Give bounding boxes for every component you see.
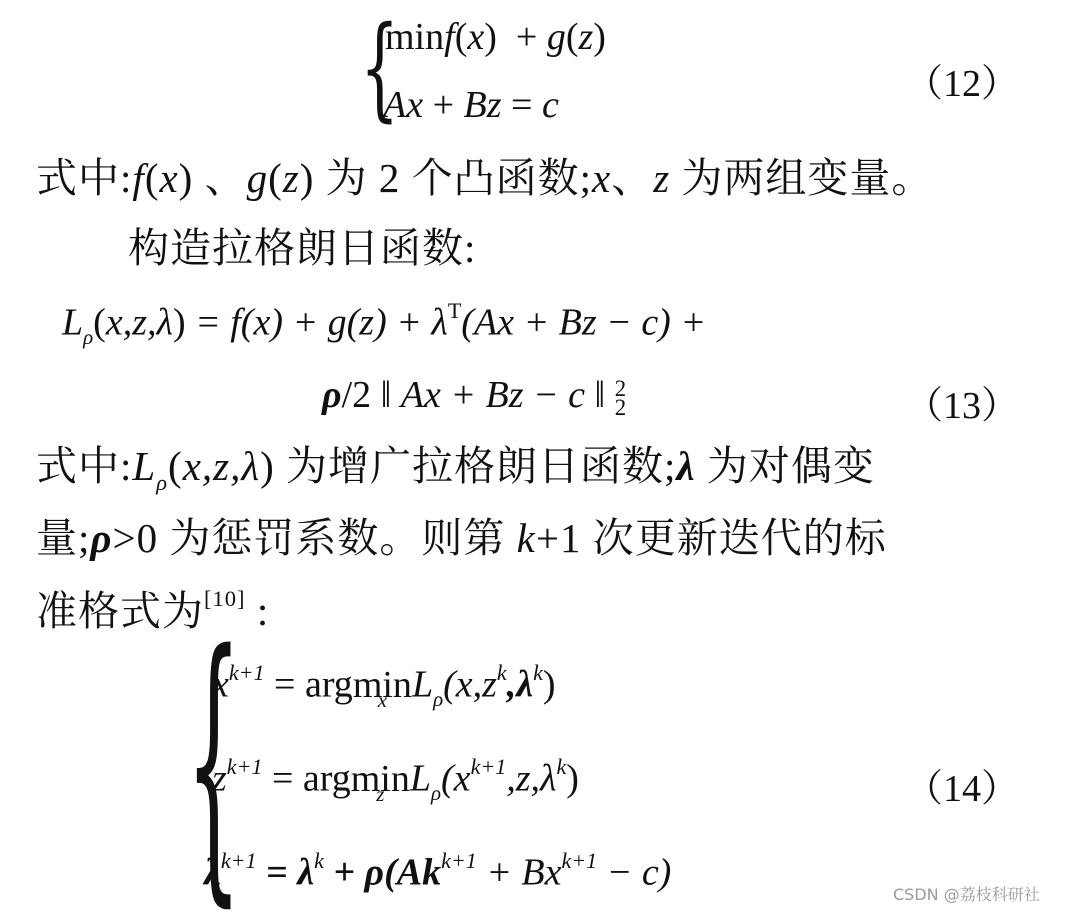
eq13-line1: Lρ(x,z,λ) = f(x) + g(z) + λT(Ax + Bz − c… <box>62 300 706 348</box>
para2-text: 构造拉格朗日函数: <box>128 228 476 269</box>
eq14-row3: λk+1 = λk + ρ(Akk+1 + Bxk+1 − c) <box>204 850 671 892</box>
eq12-number: （12） <box>905 52 1019 107</box>
eq13-line2: ρ/2 ‖ Ax + Bz − c ‖ 2 2 <box>322 376 626 418</box>
eq12-line1: minf(x) + g(z) <box>385 18 606 56</box>
eq12-line2: Ax + Bz = c <box>383 86 559 124</box>
para3-line1: 式中:Lρ(x,z,λ) 为增广拉格朗日函数;λ 为对偶变 <box>36 446 875 495</box>
eq14-row1: xk+1 = argminxLρ(x,zk,λk) <box>212 662 556 710</box>
eq13-number: （13） <box>905 374 1019 429</box>
para1-text: 式中:f(x) 、g(z) 为 2 个凸函数;x、z 为两组变量。 <box>36 158 933 199</box>
csdn-watermark: CSDN @荔枝科研社 <box>893 882 1040 905</box>
eq14-row2: zk+1 = argminzLρ(xk+1,z,λk) <box>212 756 579 804</box>
eq13-norm-subscript: 2 <box>615 398 626 417</box>
para3-line2: 量;ρ>0 为惩罚系数。则第 k+1 次更新迭代的标 <box>36 518 887 559</box>
eq14-number: （14） <box>905 757 1019 812</box>
